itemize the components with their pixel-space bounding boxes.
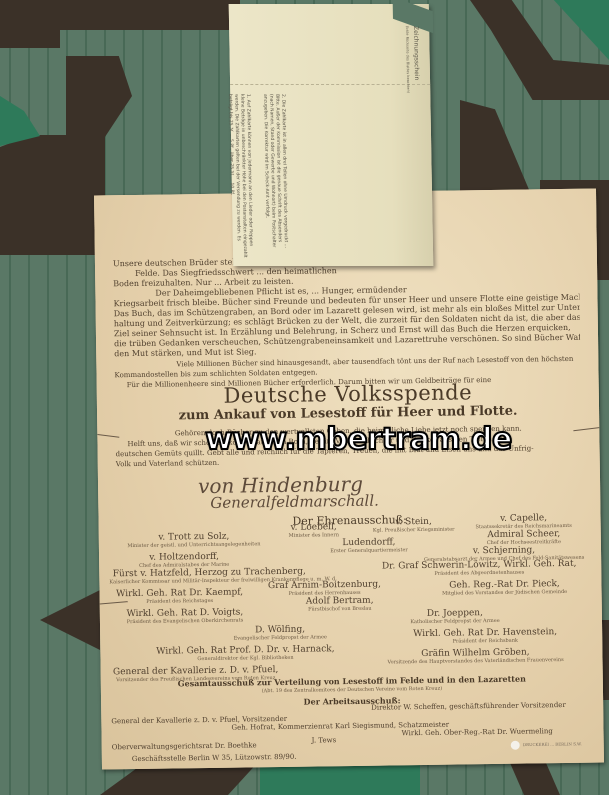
committee-member: v. Stein,Kgl. Preußischer Kriegsminister [354,516,474,534]
committee-member: v. Holtzendorff,Chef des Admiralstabes d… [119,551,249,569]
committee-member: Wirkl. Geh. Rat Dr. Kaempf,Präsident des… [110,587,250,605]
folded-remittance-card: Zeichnungsschein (bitte Rückseite des Bl… [229,4,434,266]
camo-blot [0,28,60,48]
printer-mark: DRUCKEREI ... BERLIN S.W. [511,740,582,750]
printer-logo-icon [511,741,520,750]
committee-member: v. Trott zu Solz,Minister der geistl. un… [119,531,269,549]
camo-blot [0,135,105,255]
committee-member: Wirkl. Geh. Rat D. Voigts,Präsident des … [110,607,260,625]
working-committee-member: J. Tews [312,736,337,744]
perforation-line [230,84,430,85]
committee-member: Dr. Joeppen,Katholischer Feldpropst der … [390,608,520,626]
camo-blot [0,0,240,30]
committee-member: Wirkl. Geh. Rat Dr. Havenstein,Präsident… [400,627,570,645]
committee-member: Adolf Bertram,Fürstbischof von Breslau [280,595,400,613]
working-committee-member: Wirkl. Geh. Ober-Reg.-Rat Dr. Wuermeling [401,727,552,737]
working-committee-member: Direktor W. Scheffen, geschäftsführender… [371,701,566,712]
card-header-sub: (bitte Rückseite des Blattes beachten) [405,26,410,93]
committee-member: Ludendorff,Erster Generalquartiermeister [309,537,429,555]
committee-member: D. Wölfing,Evangelischer Feldpropst der … [220,624,340,642]
website-watermark: www.mbertram.de [205,422,512,457]
working-committee-member: Oberverwaltungsgerichtsrat Dr. Boethke [112,741,257,751]
committee-member: Gräfin Wilhelm Gröben,Vorsitzende des Ha… [360,647,590,666]
card-instruction-1: 1. Auf Zahlkarte können von Jedermann an… [226,94,253,257]
committee-member: v. Loebell,Minister des Innern [259,522,369,540]
signature-line: Generalfeldmarschall. [210,492,379,512]
office-address: Geschäftsstelle Berlin W 35, Lützowstr. … [132,753,297,763]
committee-member: Dr. Graf Schwerin-Löwitz, Wirkl. Geh. Ra… [379,559,579,578]
card-instruction-2: 2. Die Zahlkarte ist in allen drei Teile… [261,94,288,248]
committee-member: Graf Arnim-Boitzenburg,Präsident des Her… [254,579,394,597]
committee-member: Admiral Scheer,Chef der Hochseestreitkrä… [459,529,589,547]
committee-member: v. Capelle,Staatssekretär des Reichsmari… [459,513,589,531]
photo-scene: Unsere deutschen Brüder stehen nunmehr i… [0,0,609,795]
committee-member: Wirkl. Geh. Rat Prof. D. Dr. v. Harnack,… [150,644,340,663]
appeal-leaflet: Unsere deutschen Brüder stehen nunmehr i… [94,189,604,770]
card-header: Zeichnungsschein [412,26,420,80]
committee-member: Geh. Reg.-Rat Dr. Pieck,Mitglied des Vor… [429,579,579,597]
